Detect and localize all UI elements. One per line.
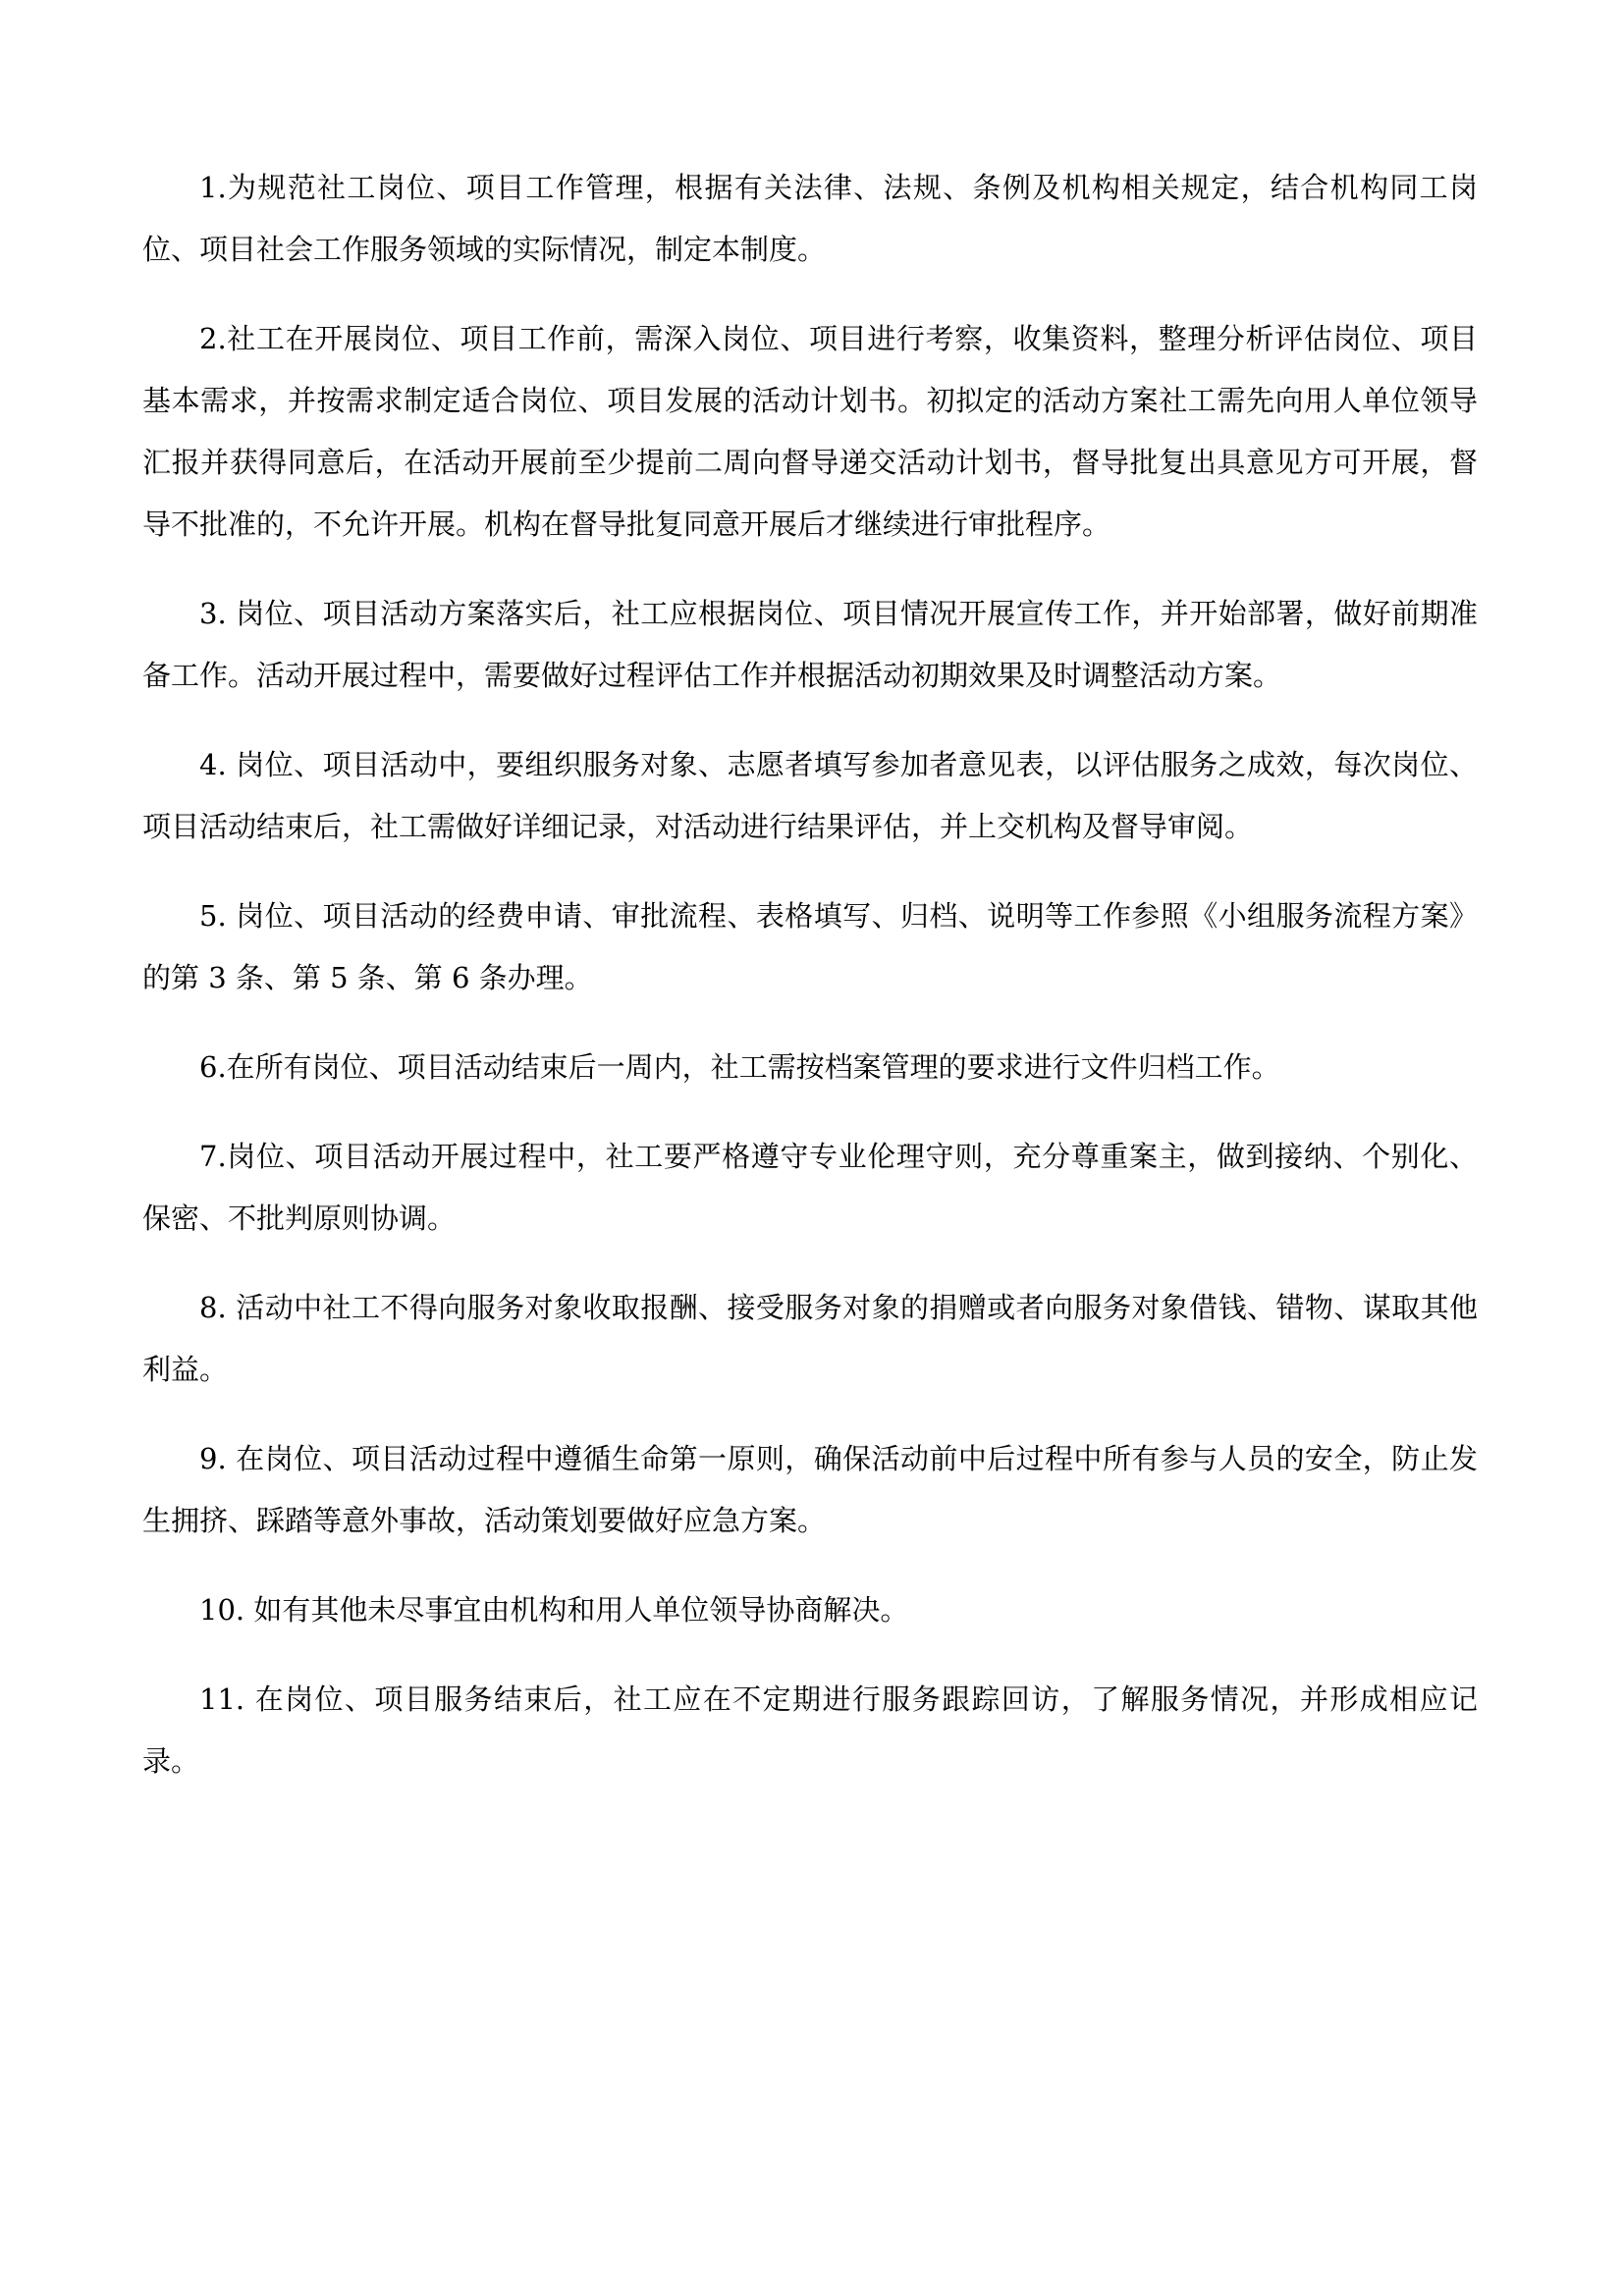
document-content: 1.为规范社工岗位、项目工作管理，根据有关法律、法规、条例及机构相关规定，结合机… [142, 157, 1478, 1820]
paragraph-5: 5. 岗位、项目活动的经费申请、审批流程、表格填写、归档、说明等工作参照《小组服… [142, 885, 1478, 1009]
paragraph-10: 10. 如有其他未尽事宜由机构和用人单位领导协商解决。 [142, 1579, 1478, 1641]
paragraph-6: 6.在所有岗位、项目活动结束后一周内，社工需按档案管理的要求进行文件归档工作。 [142, 1037, 1478, 1098]
document-page: 1.为规范社工岗位、项目工作管理，根据有关法律、法规、条例及机构相关规定，结合机… [0, 0, 1624, 2296]
paragraph-2: 2.社工在开展岗位、项目工作前，需深入岗位、项目进行考察，收集资料，整理分析评估… [142, 308, 1478, 556]
paragraph-4: 4. 岗位、项目活动中，要组织服务对象、志愿者填写参加者意见表，以评估服务之成效… [142, 734, 1478, 858]
paragraph-1: 1.为规范社工岗位、项目工作管理，根据有关法律、法规、条例及机构相关规定，结合机… [142, 157, 1478, 281]
paragraph-8: 8. 活动中社工不得向服务对象收取报酬、接受服务对象的捐赠或者向服务对象借钱、错… [142, 1277, 1478, 1401]
paragraph-3: 3. 岗位、项目活动方案落实后，社工应根据岗位、项目情况开展宣传工作，并开始部署… [142, 583, 1478, 707]
paragraph-11: 11. 在岗位、项目服务结束后，社工应在不定期进行服务跟踪回访，了解服务情况，并… [142, 1669, 1478, 1792]
paragraph-7: 7.岗位、项目活动开展过程中，社工要严格遵守专业伦理守则，充分尊重案主，做到接纳… [142, 1126, 1478, 1250]
paragraph-9: 9. 在岗位、项目活动过程中遵循生命第一原则，确保活动前中后过程中所有参与人员的… [142, 1428, 1478, 1552]
